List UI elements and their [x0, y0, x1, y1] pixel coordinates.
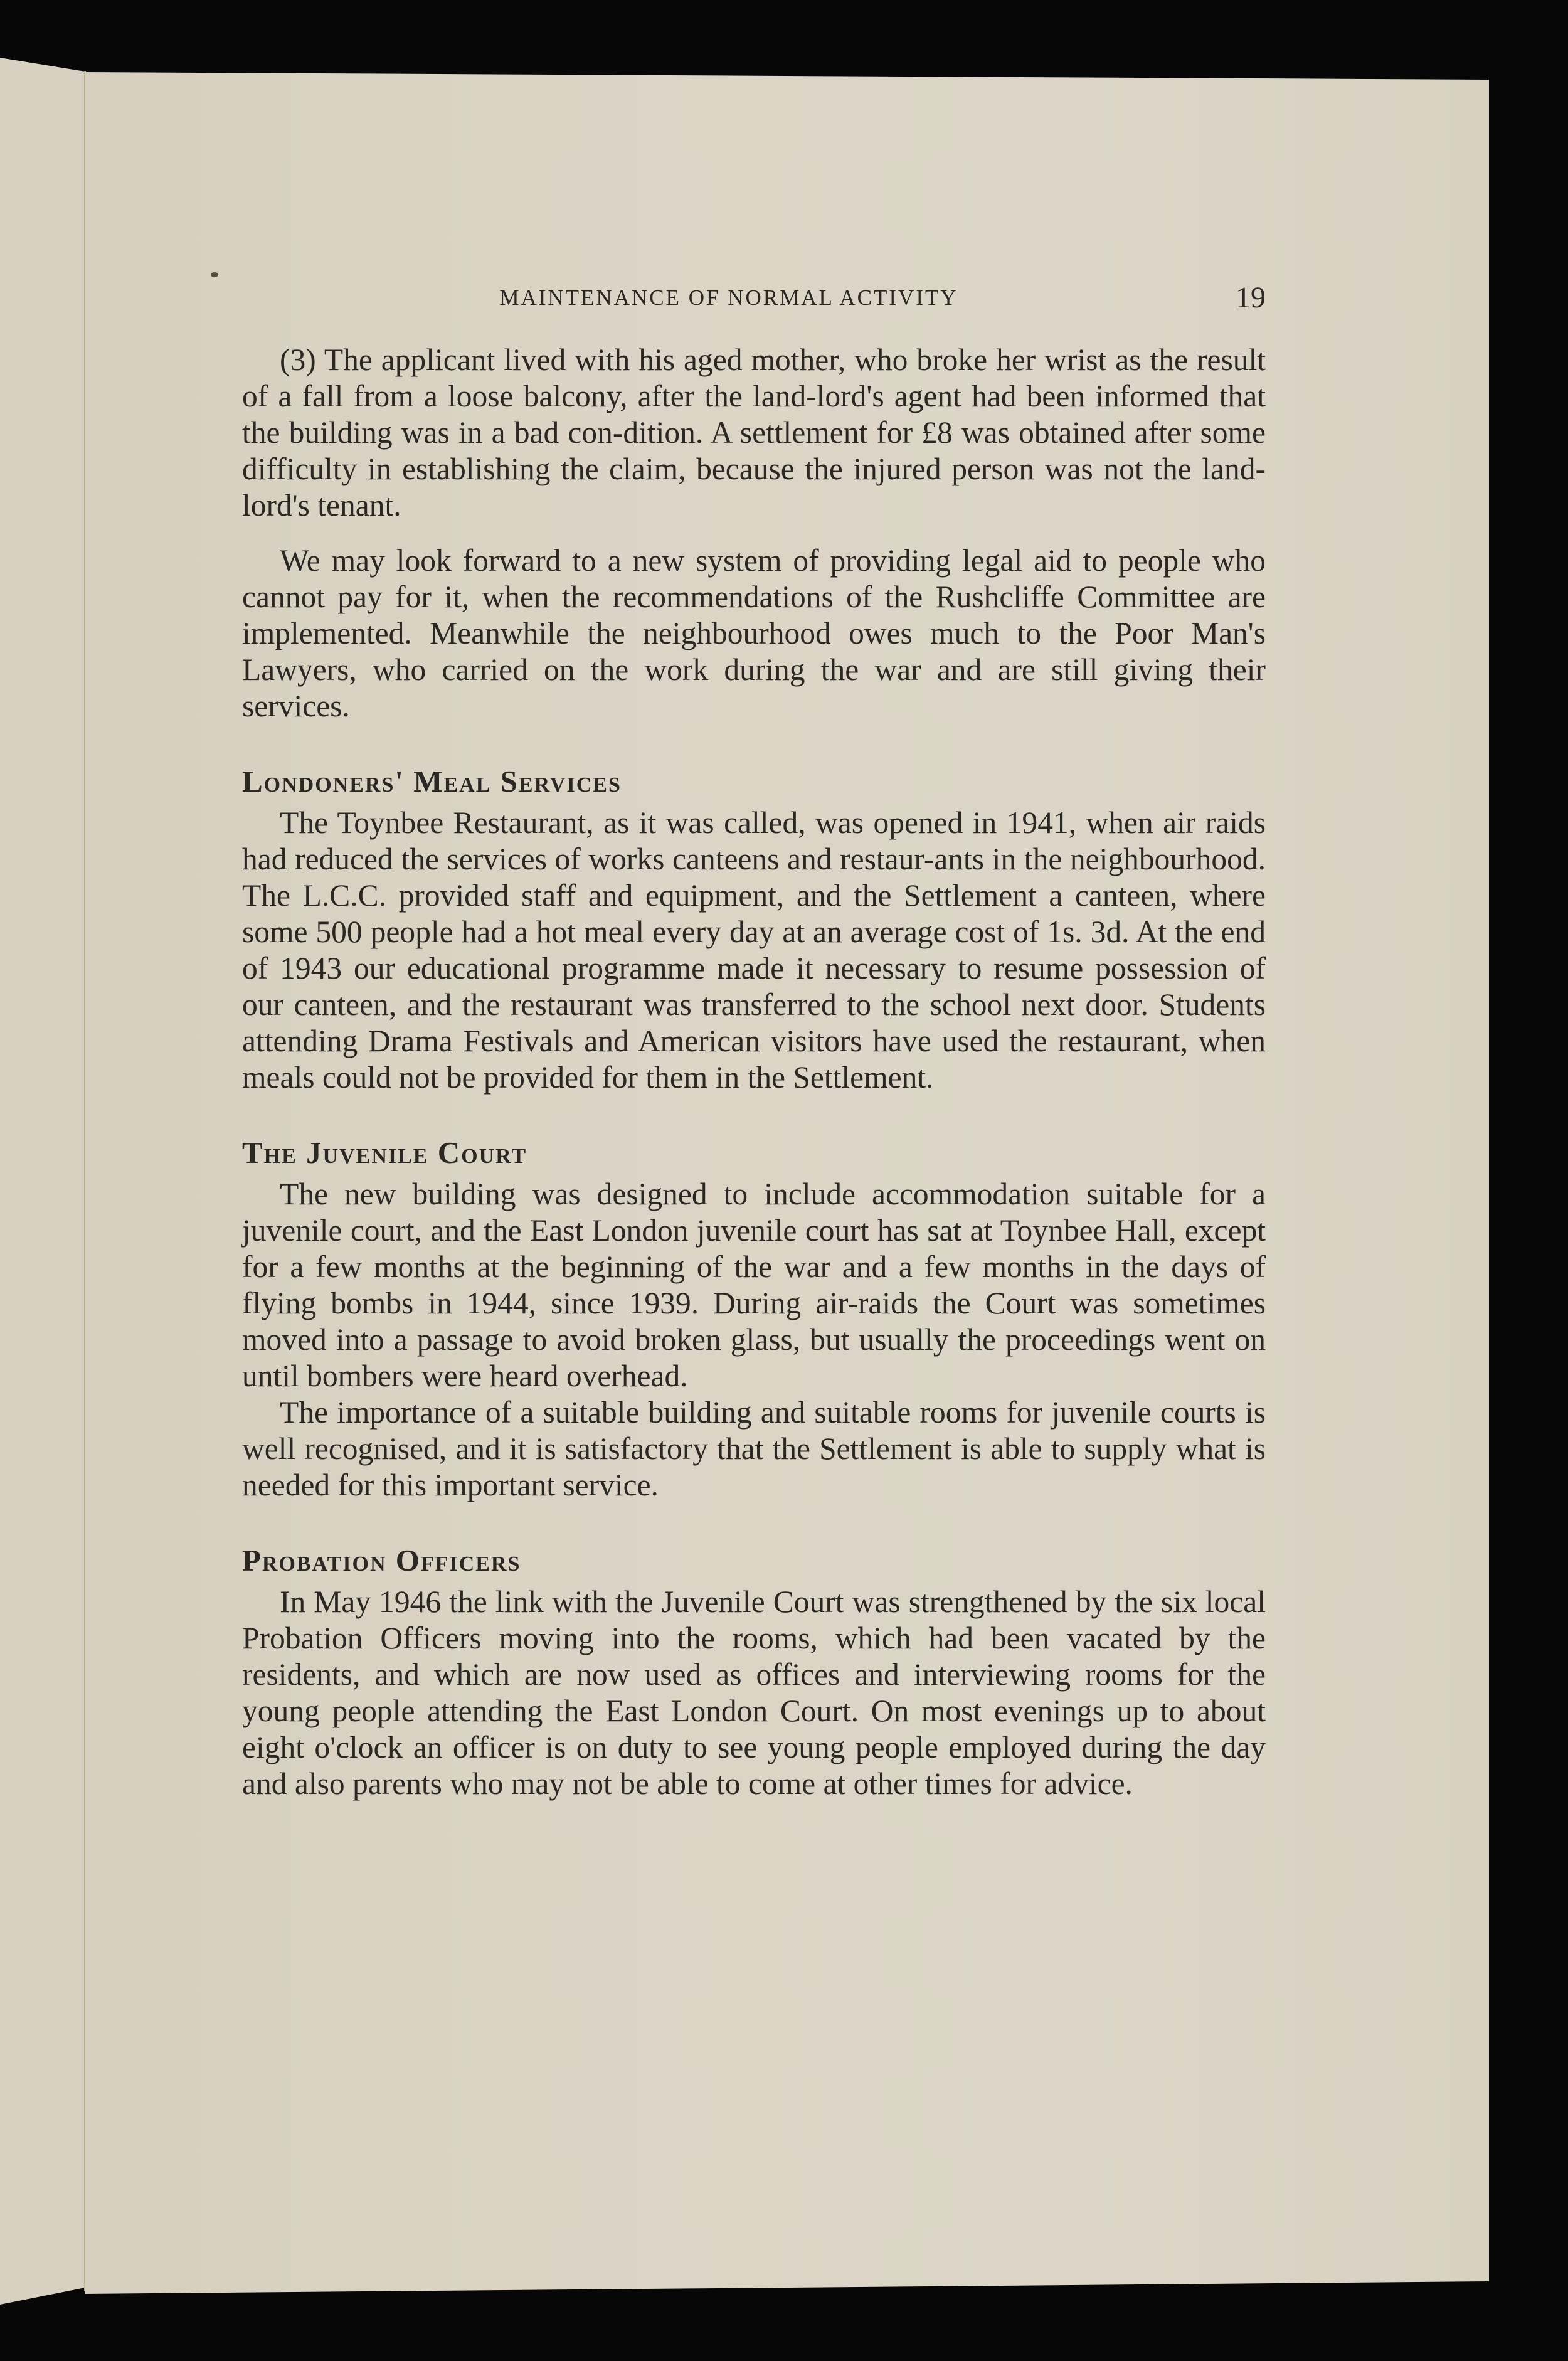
- paragraph-toynbee-restaurant: The Toynbee Restaurant, as it was called…: [242, 805, 1266, 1096]
- speck-mark: [211, 272, 218, 277]
- paragraph-case-3: (3) The applicant lived with his aged mo…: [242, 342, 1266, 524]
- running-header: MAINTENANCE OF NORMAL ACTIVITY 19: [242, 285, 1266, 323]
- paragraph-probation-officers: In May 1946 the link with the Juvenile C…: [242, 1584, 1266, 1802]
- heading-juvenile-court: The Juvenile Court: [242, 1135, 1266, 1171]
- page-number: 19: [1236, 280, 1266, 315]
- facing-page-edge: [0, 58, 85, 2347]
- paragraph-legal-aid: We may look forward to a new system of p…: [242, 543, 1266, 724]
- text-column: MAINTENANCE OF NORMAL ACTIVITY 19 (3) Th…: [242, 285, 1266, 1802]
- running-title: MAINTENANCE OF NORMAL ACTIVITY: [217, 285, 1241, 310]
- heading-londoners-meal-services: Londoners' Meal Services: [242, 763, 1266, 800]
- paragraph-juvenile-court-building: The new building was designed to include…: [242, 1176, 1266, 1394]
- paragraph-juvenile-court-importance: The importance of a suitable building an…: [242, 1394, 1266, 1504]
- heading-probation-officers: Probation Officers: [242, 1542, 1266, 1579]
